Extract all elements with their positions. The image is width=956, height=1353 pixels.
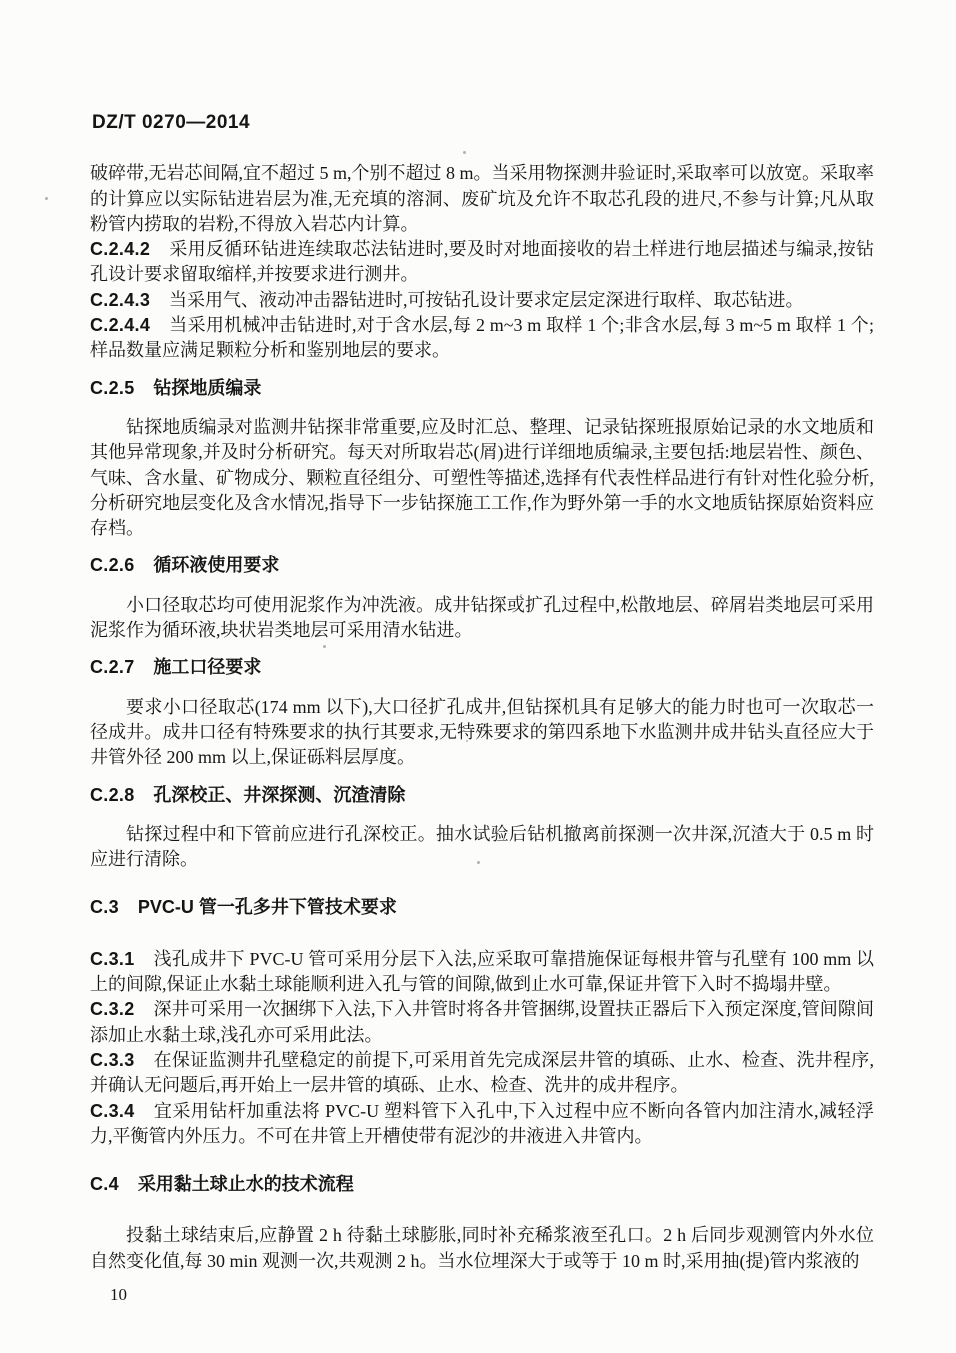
paragraph: 钻探过程中和下管前应进行孔深校正。抽水试验后钻机撤离前探测一次井深,沉渣大于 0…: [90, 822, 874, 873]
heading-title: 施工口径要求: [153, 657, 261, 677]
scan-speck: [498, 599, 501, 602]
paragraph: 投黏土球结束后,应静置 2 h 待黏土球膨胀,同时补充稀浆液至孔口。2 h 后同…: [90, 1223, 874, 1274]
clause-number: C.3.4: [90, 1101, 135, 1121]
paragraph: 小口径取芯均可使用泥浆作为冲洗液。成井钻探或扩孔过程中,松散地层、碎屑岩类地层可…: [90, 593, 874, 644]
clause-c-3-4: C.3.4宜采用钻杆加重法将 PVC-U 塑料管下入孔中,下入过程中应不断向各管…: [90, 1099, 874, 1150]
paragraph: 要求小口径取芯(174 mm 以下),大口径扩孔成井,但钻探机具有足够大的能力时…: [90, 695, 874, 771]
doc-number: DZ/T 0270—2014: [92, 110, 874, 135]
clause-c-3-1: C.3.1浅孔成井下 PVC-U 管可采用分层下入法,应采取可靠措施保证每根井管…: [90, 947, 874, 998]
clause-text: 浅孔成井下 PVC-U 管可采用分层下入法,应采取可靠措施保证每根井管与孔壁有 …: [90, 949, 874, 994]
sub-heading-c-2-6: C.2.6循环液使用要求: [90, 553, 874, 578]
clause-number: C.3.2: [90, 999, 135, 1019]
paragraph-continuation: 破碎带,无岩芯间隔,宜不超过 5 m,个别不超过 8 m。当采用物探测井验证时,…: [90, 161, 874, 237]
clause-number: C.2.4.3: [90, 290, 150, 310]
sub-heading-c-2-7: C.2.7施工口径要求: [90, 655, 874, 680]
clause-c-2-4-2: C.2.4.2采用反循环钻进连续取芯法钻进时,要及时对地面接收的岩土样进行地层描…: [90, 237, 874, 288]
clause-number: C.2.4.4: [90, 315, 150, 335]
scan-speck: [520, 594, 522, 596]
heading-title: 钻探地质编录: [153, 378, 261, 398]
heading-number: C.2.7: [90, 657, 135, 677]
heading-number: C.2.6: [90, 555, 135, 575]
scan-speck: [323, 645, 326, 648]
heading-number: C.3: [90, 897, 119, 917]
section-heading-c-3: C.3PVC-U 管一孔多井下管技术要求: [90, 895, 874, 920]
clause-text: 深井可采用一次捆绑下入法,下入井管时将各井管捆绑,设置扶正器后下入预定深度,管间…: [90, 999, 874, 1044]
heading-title: 孔深校正、井深探测、沉渣清除: [153, 785, 405, 805]
clause-text: 在保证监测井孔壁稳定的前提下,可采用首先完成深层井管的填砾、止水、检查、洗井程序…: [90, 1050, 874, 1095]
sub-heading-c-2-8: C.2.8孔深校正、井深探测、沉渣清除: [90, 783, 874, 808]
clause-number: C.3.3: [90, 1050, 135, 1070]
document-page: DZ/T 0270—2014 破碎带,无岩芯间隔,宜不超过 5 m,个别不超过 …: [0, 0, 956, 1353]
page-number: 10: [110, 1282, 874, 1307]
clause-text: 当采用机械冲击钻进时,对于含水层,每 2 m~3 m 取样 1 个;非含水层,每…: [90, 315, 874, 360]
section-heading-c-4: C.4采用黏土球止水的技术流程: [90, 1172, 874, 1197]
heading-title: 采用黏土球止水的技术流程: [138, 1174, 354, 1194]
heading-number: C.2.8: [90, 785, 135, 805]
scan-speck: [466, 740, 468, 742]
heading-title: 循环液使用要求: [153, 555, 279, 575]
clause-text: 当采用气、液动冲击器钻进时,可按钻孔设计要求定层定深进行取样、取芯钻进。: [169, 290, 804, 310]
clause-c-3-3: C.3.3在保证监测井孔壁稳定的前提下,可采用首先完成深层井管的填砾、止水、检查…: [90, 1048, 874, 1099]
heading-title: PVC-U 管一孔多井下管技术要求: [138, 897, 397, 917]
clause-number: C.3.1: [90, 949, 135, 969]
clause-text: 宜采用钻杆加重法将 PVC-U 塑料管下入孔中,下入过程中应不断向各管内加注清水…: [90, 1101, 874, 1146]
heading-number: C.2.5: [90, 378, 135, 398]
clause-c-2-4-4: C.2.4.4当采用机械冲击钻进时,对于含水层,每 2 m~3 m 取样 1 个…: [90, 313, 874, 364]
scan-speck: [477, 861, 480, 864]
clause-text: 采用反循环钻进连续取芯法钻进时,要及时对地面接收的岩土样进行地层描述与编录,按钻…: [90, 239, 874, 284]
clause-c-2-4-3: C.2.4.3当采用气、液动冲击器钻进时,可按钻孔设计要求定层定深进行取样、取芯…: [90, 288, 874, 313]
heading-number: C.4: [90, 1174, 119, 1194]
paragraph: 钻探地质编录对监测井钻探非常重要,应及时汇总、整理、记录钻探班报原始记录的水文地…: [90, 415, 874, 541]
scan-speck: [463, 151, 466, 154]
scan-speck: [45, 197, 48, 200]
clause-c-3-2: C.3.2深井可采用一次捆绑下入法,下入井管时将各井管捆绑,设置扶正器后下入预定…: [90, 997, 874, 1048]
sub-heading-c-2-5: C.2.5钻探地质编录: [90, 376, 874, 401]
clause-number: C.2.4.2: [90, 239, 150, 259]
